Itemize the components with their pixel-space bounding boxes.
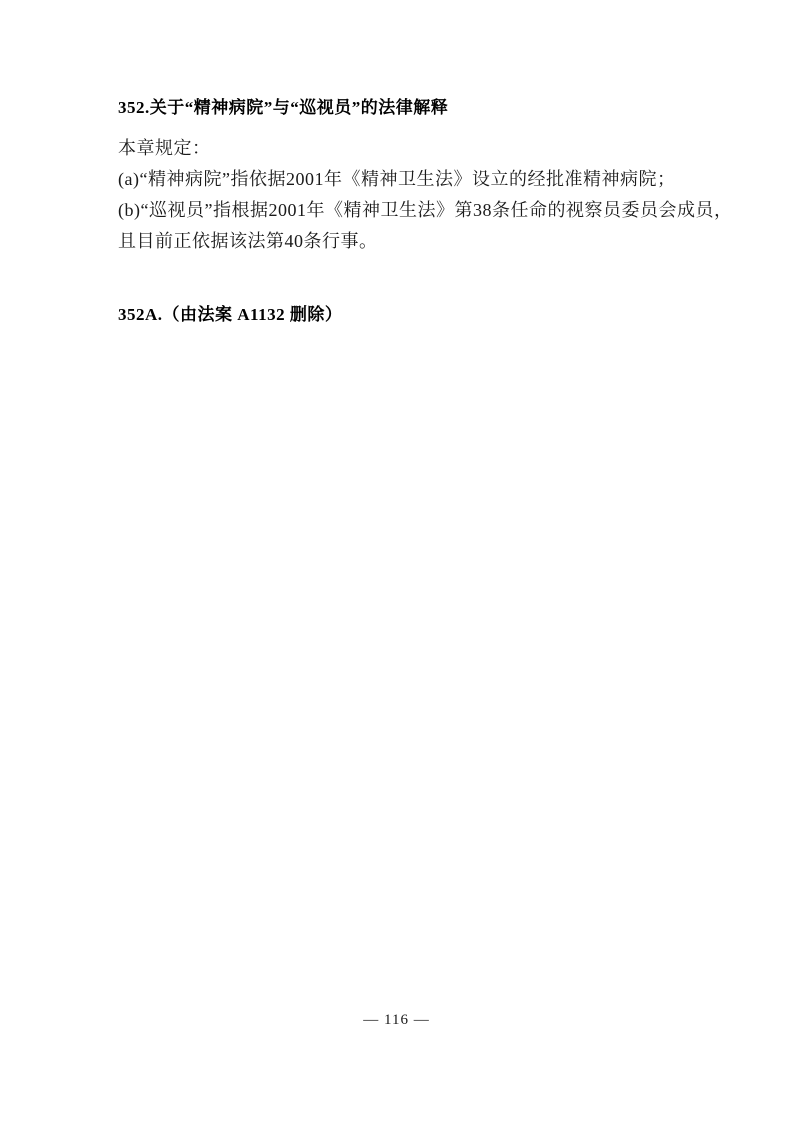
section-352-clause-b-line-1: (b)“巡视员”指根据2001年《精神卫生法》第38条任命的视察员委员会成员， (118, 200, 732, 222)
section-352-clause-b-line-2: 且目前正依据该法第40条行事。 (118, 231, 378, 253)
page-number: — 116 — (0, 1012, 793, 1029)
document-page: 352.关于“精神病院”与“巡视员”的法律解释 本章规定： (a)“精神病院”指… (0, 0, 793, 1122)
section-352-intro-line: 本章规定： (118, 138, 211, 160)
section-352a-heading: 352A.（由法案 A1132 删除） (118, 305, 342, 325)
section-352-clause-a: (a)“精神病院”指依据2001年《精神卫生法》设立的经批准精神病院； (118, 169, 675, 191)
section-352-heading: 352.关于“精神病院”与“巡视员”的法律解释 (118, 98, 448, 118)
